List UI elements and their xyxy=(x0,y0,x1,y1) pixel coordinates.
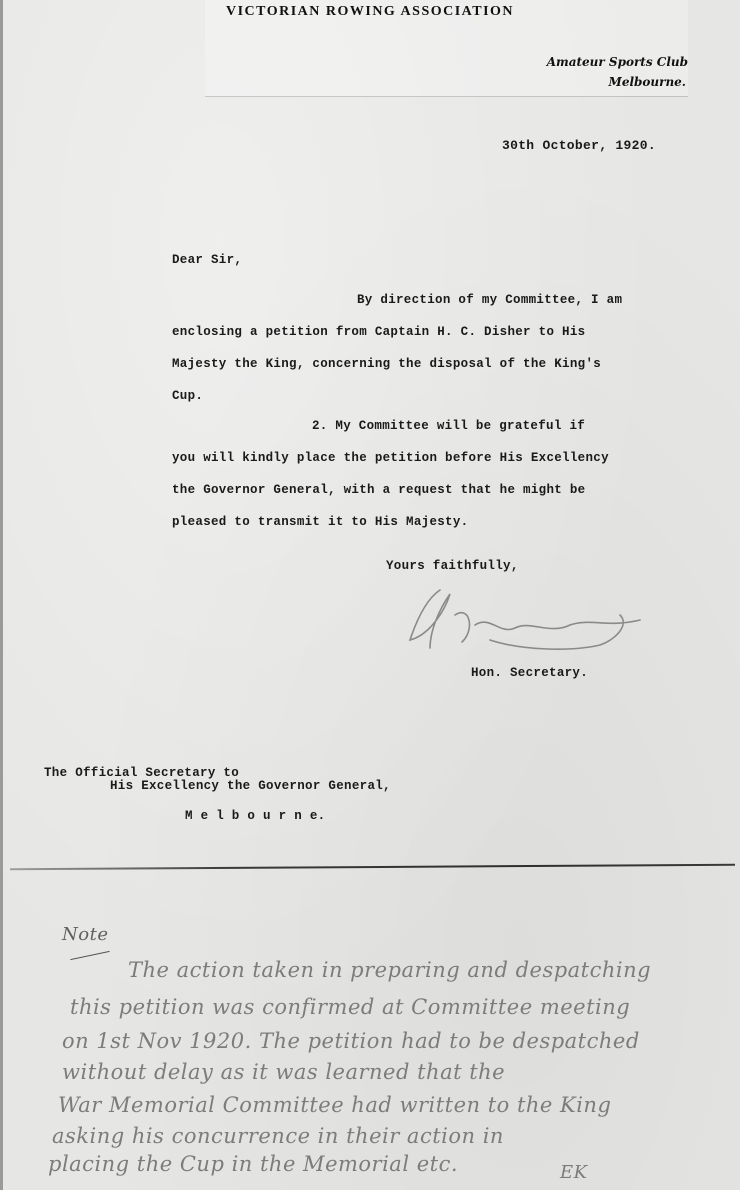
body-line: the Governor General, with a request tha… xyxy=(172,483,585,497)
body-line: you will kindly place the petition befor… xyxy=(172,451,609,465)
letterhead-organization: VICTORIAN ROWING ASSOCIATION xyxy=(0,4,740,20)
body-line: 2. My Committee will be grateful if xyxy=(312,419,585,433)
signature-icon xyxy=(400,580,660,660)
note-underline xyxy=(70,951,109,960)
closing: Yours faithfully, xyxy=(386,559,519,573)
handwritten-line: The action taken in preparing and despat… xyxy=(128,958,651,982)
note-label: Note xyxy=(62,924,108,945)
handwritten-line: War Memorial Committee had written to th… xyxy=(58,1093,611,1117)
addressee-line2: His Excellency the Governor General, xyxy=(110,779,391,793)
handwritten-line: asking his concurrence in their action i… xyxy=(52,1124,504,1148)
letter-date: 30th October, 1920. xyxy=(502,138,656,153)
handwritten-line: this petition was confirmed at Committee… xyxy=(70,995,630,1019)
horizontal-rule xyxy=(10,864,735,870)
handwritten-line: without delay as it was learned that the xyxy=(62,1060,505,1084)
body-line: Majesty the King, concerning the disposa… xyxy=(172,357,601,371)
body-line: enclosing a petition from Captain H. C. … xyxy=(172,325,585,339)
addressee-line1: The Official Secretary to xyxy=(44,766,239,780)
handwritten-line: on 1st Nov 1920. The petition had to be … xyxy=(62,1029,640,1053)
scan-edge xyxy=(0,0,3,1190)
body-line: By direction of my Committee, I am xyxy=(357,293,622,307)
signatory-title: Hon. Secretary. xyxy=(471,666,588,680)
salutation: Dear Sir, xyxy=(172,253,242,267)
handwritten-initials: EK xyxy=(560,1162,588,1183)
club-name: Amateur Sports Club xyxy=(547,55,688,69)
scanned-letter-page: VICTORIAN ROWING ASSOCIATION Amateur Spo… xyxy=(0,0,740,1190)
handwritten-line: placing the Cup in the Memorial etc. xyxy=(48,1152,458,1176)
club-city: Melbourne. xyxy=(547,72,688,92)
addressee-line3: M e l b o u r n e. xyxy=(185,809,325,823)
letterhead-club: Amateur Sports Club Melbourne. xyxy=(547,52,688,92)
body-line: Cup. xyxy=(172,389,203,403)
body-line: pleased to transmit it to His Majesty. xyxy=(172,515,468,529)
